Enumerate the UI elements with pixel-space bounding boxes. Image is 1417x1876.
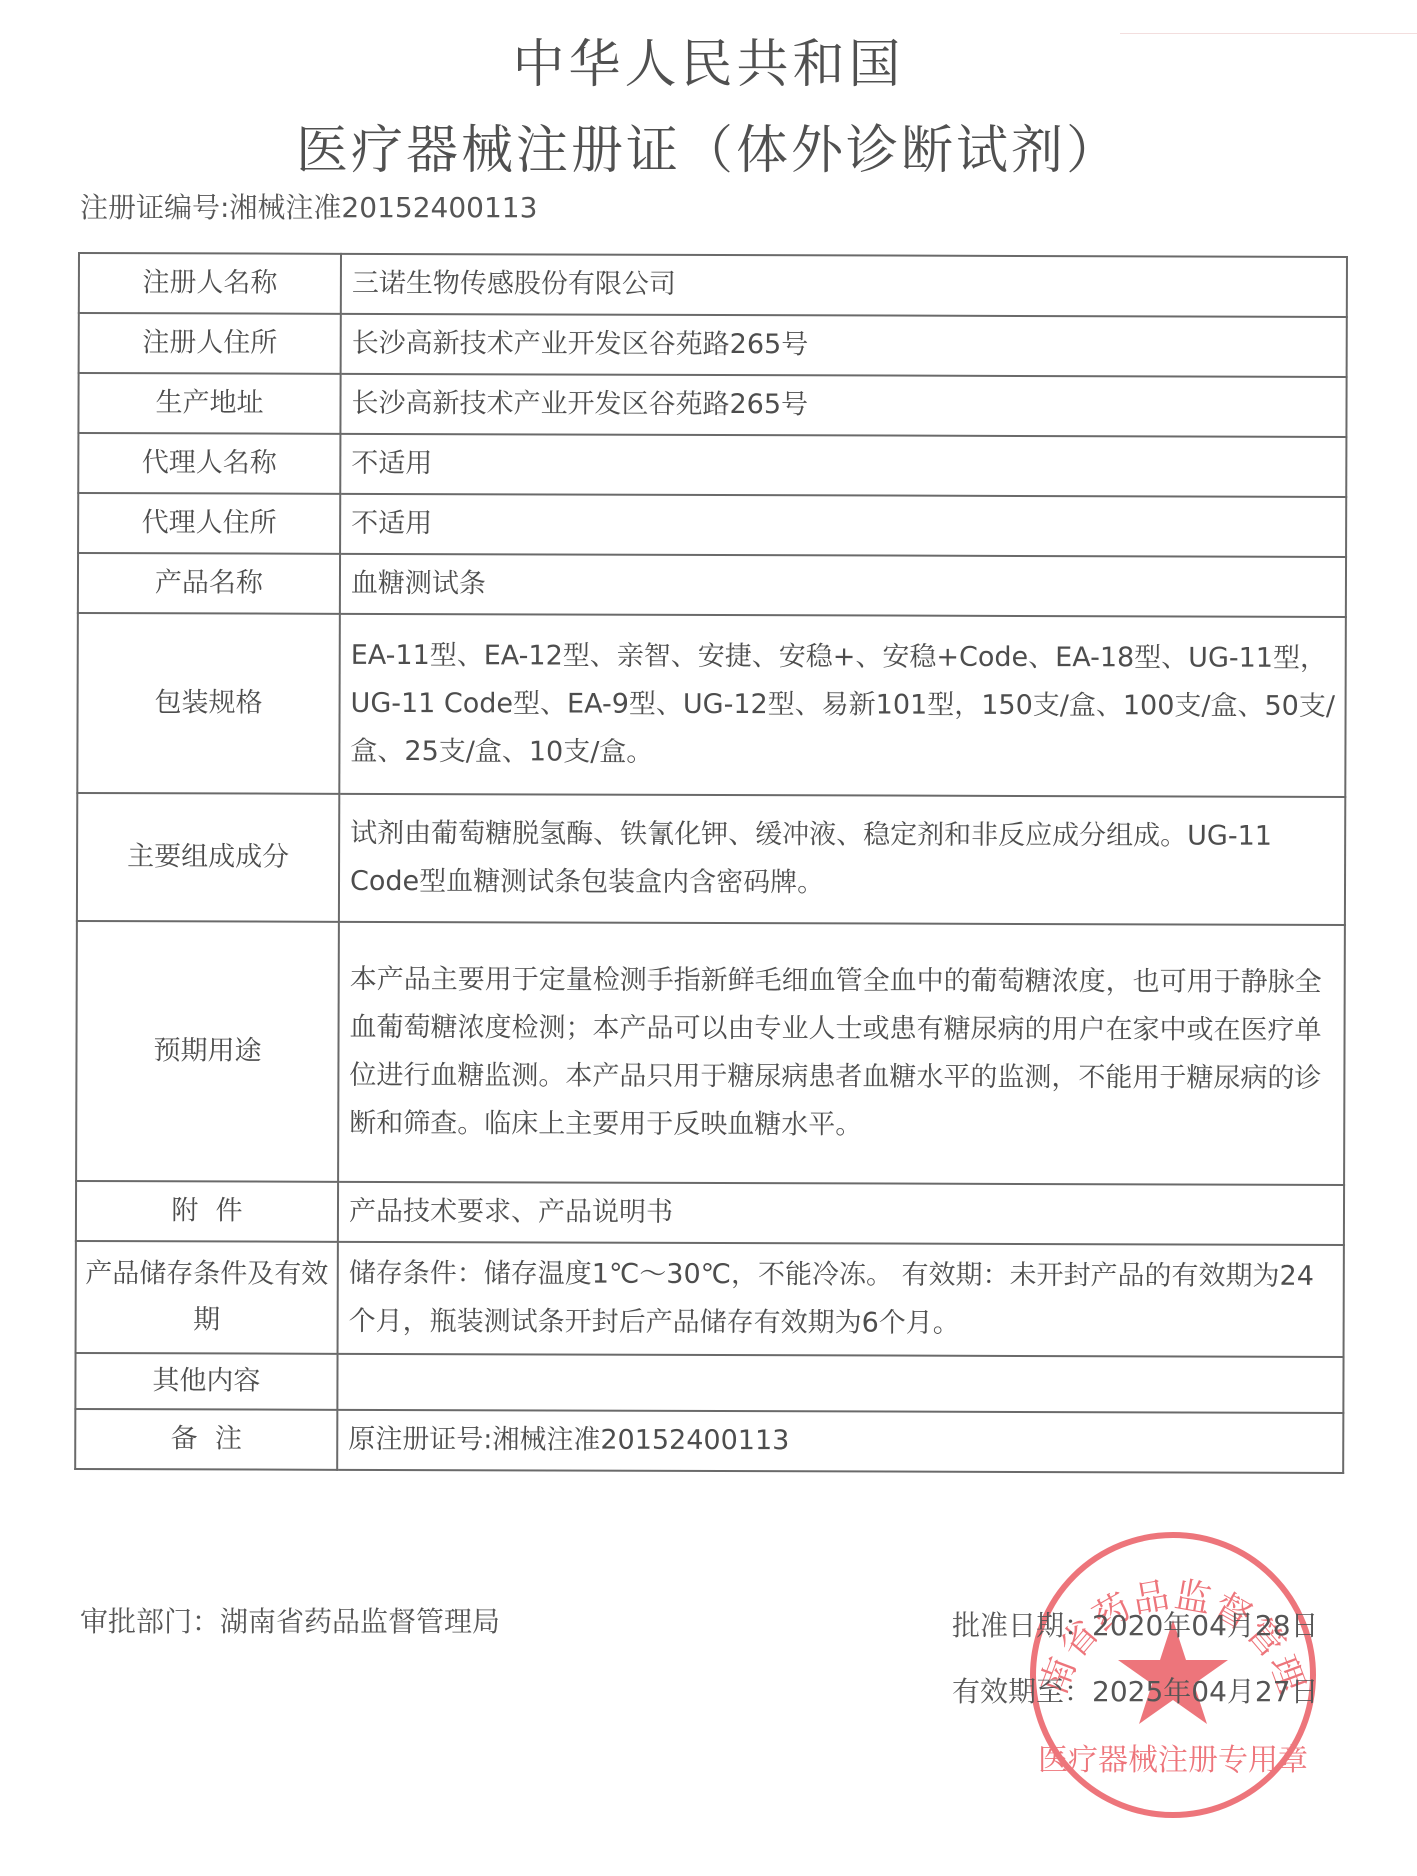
row-value: 试剂由葡萄糖脱氢酶、铁氰化钾、缓冲液、稳定剂和非反应成分组成。UG-11 Cod… [339, 794, 1345, 925]
row-label: 包装规格 [77, 613, 340, 794]
row-label: 产品名称 [78, 553, 340, 614]
certificate-table: 注册人名称 三诺生物传感股份有限公司 注册人住所 长沙高新技术产业开发区谷苑路2… [74, 252, 1348, 1474]
row-label: 代理人名称 [78, 433, 340, 494]
table-row-packaging-spec: 包装规格 EA-11型、EA-12型、亲智、安捷、安稳+、安稳+Code、EA-… [77, 613, 1346, 797]
row-label: 预期用途 [76, 921, 339, 1182]
row-value: 长沙高新技术产业开发区谷苑路265号 [340, 374, 1346, 437]
approval-date: 批准日期：2020年04月28日 [952, 1604, 1319, 1644]
row-label: 产品储存条件及有效期 [76, 1241, 338, 1354]
stamp-bottom-text: 医疗器械注册专用章 [1038, 1743, 1308, 1778]
row-value: 本产品主要用于定量检测手指新鲜毛细血管全血中的葡萄糖浓度，也可用于静脉全血葡萄糖… [338, 922, 1345, 1185]
row-label: 注册人名称 [79, 253, 341, 314]
row-label: 代理人住所 [78, 493, 340, 554]
table-row-production-address: 生产地址 长沙高新技术产业开发区谷苑路265号 [78, 373, 1346, 437]
row-label: 其他内容 [75, 1353, 337, 1410]
table-row-main-components: 主要组成成分 试剂由葡萄糖脱氢酶、铁氰化钾、缓冲液、稳定剂和非反应成分组成。UG… [77, 793, 1345, 925]
table-row-product-name: 产品名称 血糖测试条 [78, 553, 1346, 617]
table-row-other-content: 其他内容 [75, 1353, 1343, 1413]
row-value [337, 1354, 1343, 1413]
row-value: EA-11型、EA-12型、亲智、安捷、安稳+、安稳+Code、EA-18型、U… [339, 614, 1346, 797]
row-value: 不适用 [340, 434, 1346, 497]
document-title-country: 中华人民共和国 [0, 22, 1417, 97]
row-value: 血糖测试条 [340, 554, 1346, 617]
table-row-registrant-name: 注册人名称 三诺生物传感股份有限公司 [79, 253, 1347, 317]
document-title-certificate: 医疗器械注册证（体外诊断试剂） [0, 108, 1417, 183]
row-value: 原注册证号:湘械注准20152400113 [337, 1410, 1343, 1473]
row-label: 注册人住所 [79, 313, 341, 374]
table-row-registrant-address: 注册人住所 长沙高新技术产业开发区谷苑路265号 [79, 313, 1347, 377]
table-row-attachments: 附 件 产品技术要求、产品说明书 [76, 1181, 1344, 1245]
approval-department: 审批部门：湖南省药品监督管理局 [80, 1600, 500, 1640]
row-value: 不适用 [340, 494, 1346, 557]
table-row-agent-address: 代理人住所 不适用 [78, 493, 1346, 557]
row-label: 生产地址 [78, 373, 340, 434]
row-value: 三诺生物传感股份有限公司 [341, 254, 1347, 317]
table-row-remarks: 备 注 原注册证号:湘械注准20152400113 [75, 1409, 1343, 1473]
table-row-storage-validity: 产品储存条件及有效期 储存条件：储存温度1℃～30℃，不能冷冻。 有效期：未开封… [76, 1241, 1344, 1357]
row-value: 产品技术要求、产品说明书 [338, 1182, 1344, 1245]
row-label: 主要组成成分 [77, 793, 339, 922]
valid-until-date: 有效期至：2025年04月27日 [952, 1670, 1319, 1710]
row-value: 储存条件：储存温度1℃～30℃，不能冷冻。 有效期：未开封产品的有效期为24个月… [338, 1242, 1344, 1357]
row-label: 附 件 [76, 1181, 338, 1242]
table-row-intended-use: 预期用途 本产品主要用于定量检测手指新鲜毛细血管全血中的葡萄糖浓度，也可用于静脉… [76, 921, 1345, 1185]
row-label: 备 注 [75, 1409, 337, 1470]
registration-number: 注册证编号:湘械注准20152400113 [80, 186, 537, 226]
table-row-agent-name: 代理人名称 不适用 [78, 433, 1346, 497]
row-value: 长沙高新技术产业开发区谷苑路265号 [341, 314, 1347, 377]
